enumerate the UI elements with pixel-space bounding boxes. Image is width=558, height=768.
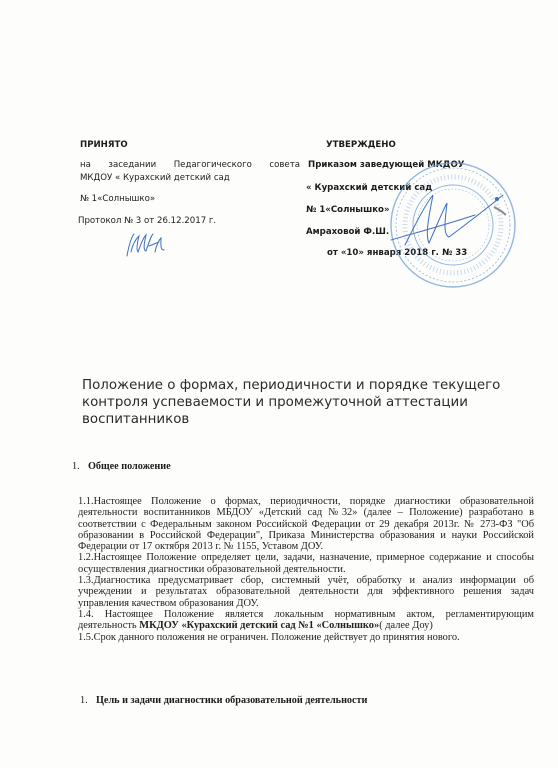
section-title: Общее положение (88, 461, 171, 472)
order-line-3: № 1«Солнышко» (306, 205, 390, 216)
title-line-1: Положение о формах, периодичности и поря… (82, 377, 502, 394)
word: заседании (108, 160, 156, 171)
approved-line-2: МКДОУ « Курахский детский сад (80, 173, 230, 184)
document-title: Положение о формах, периодичности и поря… (82, 377, 502, 428)
approved-line-3: № 1«Солнышко» (80, 194, 155, 205)
paragraph-1-4-suffix: ( далее Доу) (379, 620, 433, 631)
paragraph-1-1: 1.1.Настоящее Положение о формах, период… (78, 496, 534, 552)
signature-right-icon (385, 185, 515, 255)
section-2-heading: 1.Цель и задачи диагностики образователь… (80, 695, 367, 706)
word: на (80, 160, 91, 171)
paragraph-1-5: 1.5.Срок данного положения не ограничен.… (78, 632, 534, 643)
approved-line-1: на заседании Педагогического совета (80, 160, 300, 171)
title-line-3: воспитанников (82, 411, 502, 428)
title-line-2: контроля успеваемости и промежуточной ат… (82, 394, 502, 411)
section-title: Цель и задачи диагностики образовательно… (96, 695, 367, 706)
paragraph-1-4: 1.4. Настоящее Положение является локаль… (78, 609, 534, 632)
word: совета (269, 160, 300, 171)
section-number: 1. (80, 695, 96, 706)
paragraph-1-3: 1.3.Диагностика предусматривает сбор, си… (78, 575, 534, 609)
word: Педагогического (174, 160, 252, 171)
organization-name: МКДОУ «Курахский детский сад №1 «Солнышк… (139, 620, 379, 631)
scan-mark-icon (493, 205, 507, 217)
section-1-body: 1.1.Настоящее Положение о формах, период… (78, 496, 534, 643)
approved-heading: ПРИНЯТО (80, 140, 128, 151)
section-1-heading: 1.Общее положение (72, 461, 171, 472)
approved-protocol: Протокол № 3 от 26.12.2017 г. (78, 216, 216, 227)
paragraph-1-2: 1.2.Настоящее Положение определяет цели,… (78, 552, 534, 575)
order-line-4: Амраховой Ф.Ш. (306, 227, 389, 238)
document-page: ПРИНЯТО на заседании Педагогического сов… (0, 0, 558, 768)
signature-left-icon (123, 230, 169, 260)
section-number: 1. (72, 461, 88, 472)
